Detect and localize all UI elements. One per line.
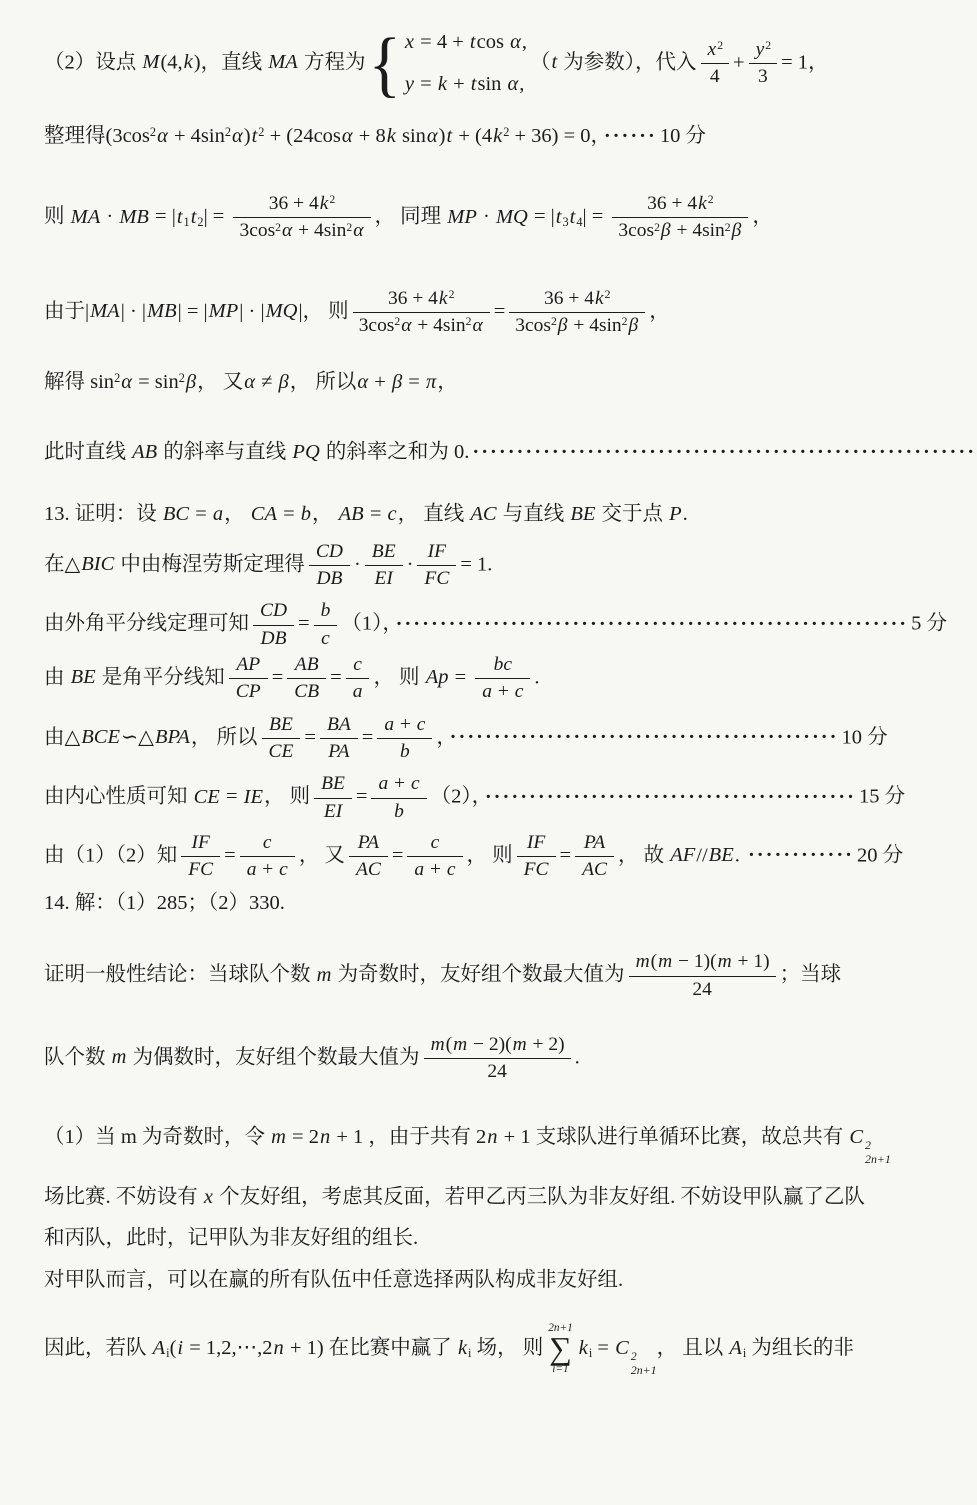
- subscript: 1: [184, 215, 190, 229]
- math-variable: α: [341, 125, 354, 147]
- sol13-menelaus: 在△BIC 中由梅涅劳斯定理得CDDB·BEEI·IFFC= 1.: [44, 540, 941, 592]
- text-run: +: [453, 125, 475, 147]
- text-run: 10 分: [660, 125, 706, 147]
- fraction-numerator: bc: [475, 653, 530, 679]
- math-variable: BE: [569, 503, 596, 525]
- text-run: =: [449, 666, 471, 688]
- text-run: =: [592, 1337, 614, 1359]
- cases-row: x = 4 + tcos α,: [404, 28, 527, 58]
- math-variable: A: [152, 1337, 167, 1359]
- dotted-score-leader: ········································…: [450, 726, 839, 748]
- text-run: (3cos: [106, 125, 150, 147]
- math-variable: m: [657, 951, 673, 972]
- fraction-denominator: b: [371, 799, 426, 824]
- text-run: =: [330, 666, 342, 688]
- text-run: =: [560, 844, 572, 866]
- text-run: | = |: [178, 300, 208, 322]
- math-variable: IE: [243, 786, 264, 808]
- math-variable: AC: [355, 859, 382, 880]
- math-variable: CE: [268, 741, 295, 762]
- text-run: 3: [758, 66, 768, 87]
- superscript: 2: [708, 193, 714, 206]
- math-variable: MA: [89, 300, 121, 322]
- fraction-numerator: b: [314, 599, 338, 625]
- text-run: ，: [224, 503, 250, 525]
- math-variable: c: [262, 832, 273, 853]
- subscript: i: [589, 1346, 592, 1360]
- fraction-numerator: a + c: [377, 713, 432, 739]
- superscript: 2: [225, 125, 231, 139]
- dotted-score-leader: ········································…: [485, 786, 856, 808]
- text-run: 36 + 4: [269, 193, 319, 214]
- math-variable: MP: [208, 300, 240, 322]
- superscript: 2: [258, 125, 264, 139]
- sol12-product-roots: 则 MA · MB = |t1t2| = 36 + 4k23cos2α + 4s…: [44, 192, 941, 244]
- math-variable: a: [352, 681, 364, 702]
- fraction-denominator: a + c: [407, 857, 462, 882]
- fraction-denominator: CE: [262, 739, 301, 764]
- math-variable: α: [352, 220, 364, 241]
- fraction-numerator: 36 + 4k2: [612, 192, 748, 218]
- fraction: a + cb: [371, 772, 426, 824]
- text-run: ， 则: [264, 786, 310, 808]
- math-variable: c: [320, 628, 331, 649]
- math-variable: AC: [581, 859, 608, 880]
- text-run: （: [530, 51, 551, 73]
- math-variable: α: [243, 371, 256, 393]
- sol14-friendly-groups: 场比赛. 不妨设有 x 个友好组，考虑其反面，若甲乙丙三队为非友好组. 不妨设甲…: [44, 1183, 941, 1213]
- sol13-setup: 13. 证明：设 BC = a， CA = b， AB = c， 直线 AC 与…: [44, 500, 941, 530]
- fraction-denominator: 3cos2β + 4sin2β: [509, 313, 645, 338]
- math-variable: AB: [338, 503, 365, 525]
- math-variable: α: [400, 315, 412, 336]
- fraction: BEEI: [365, 540, 403, 592]
- math-variable: a: [377, 773, 389, 794]
- superscript: 2: [551, 315, 557, 328]
- text-run: = 2: [287, 1126, 319, 1148]
- text-run: +: [369, 371, 391, 393]
- text-run: =: [190, 503, 212, 525]
- math-variable: C: [848, 1126, 864, 1148]
- fraction-denominator: AC: [349, 857, 388, 882]
- text-run: 场， 则: [471, 1337, 543, 1359]
- math-variable: CD: [259, 600, 288, 621]
- math-variable: m: [635, 951, 651, 972]
- text-run: ， 同理: [375, 206, 447, 228]
- math-variable: m: [717, 951, 733, 972]
- fraction: ca + c: [240, 831, 295, 883]
- dotted-score-leader: ······: [604, 125, 657, 147]
- math-variable: BC: [162, 503, 190, 525]
- text-run: +: [448, 73, 470, 95]
- math-variable: FC: [523, 859, 550, 880]
- sol14-group-leader: 和丙队，此时，记甲队为非友好组的组长.: [44, 1224, 941, 1254]
- superscript: 2: [275, 221, 281, 234]
- text-run: + 4sin: [412, 315, 465, 336]
- fraction-numerator: BA: [320, 713, 358, 739]
- sol13-external-bisector: 由外角平分线定理可知CDDB=bc（1），···················…: [44, 599, 941, 651]
- fraction-numerator: 36 + 4k2: [233, 192, 370, 218]
- math-variable: IF: [191, 832, 211, 853]
- fraction-numerator: 36 + 4k2: [353, 287, 490, 313]
- text-run: + 1): [733, 951, 770, 972]
- text-run: 则: [44, 206, 70, 228]
- math-variable: α: [231, 125, 244, 147]
- superscript: 2: [765, 39, 771, 52]
- fraction-numerator: AP: [229, 653, 268, 679]
- math-variable: AF: [669, 844, 696, 866]
- subscript: 2: [197, 215, 203, 229]
- text-run: 由外角平分线定理可知: [44, 613, 249, 635]
- math-variable: PA: [583, 832, 606, 853]
- text-run: =: [298, 613, 310, 635]
- text-run: | =: [582, 206, 608, 228]
- math-variable: i: [176, 1337, 184, 1359]
- cases-system: {x = 4 + tcos α,y = k + tsin α,: [368, 28, 527, 99]
- fraction-numerator: IF: [181, 831, 220, 857]
- fraction-denominator: 3: [749, 64, 778, 89]
- math-variable: BE: [70, 666, 97, 688]
- text-run: .: [534, 666, 539, 688]
- math-variable: m: [270, 1126, 287, 1148]
- text-run: ,: [519, 73, 524, 95]
- sol12-part2-param-setup: （2）设点 M(4,k)，直线 MA 方程为{x = 4 + tcos α,y …: [44, 28, 941, 99]
- math-variable: m: [512, 1034, 528, 1055]
- fraction-numerator: y2: [749, 38, 778, 64]
- fraction: ca: [346, 653, 370, 705]
- text-run: 由于|: [44, 300, 89, 322]
- fraction-denominator: 3cos2α + 4sin2α: [233, 218, 370, 243]
- text-run: 由内心性质可知: [44, 786, 193, 808]
- text-run: 是角平分线知: [97, 666, 225, 688]
- text-run: （1）当 m 为奇数时，令: [44, 1126, 270, 1148]
- fraction-denominator: b: [377, 739, 432, 764]
- dotted-score-leader: ········································…: [396, 613, 909, 635]
- text-run: =: [494, 300, 506, 322]
- text-run: 此时直线: [44, 441, 131, 463]
- text-run: ， 故: [618, 844, 669, 866]
- sol13-conclusion: 由（1）（2）知IFFC=ca + c， 又PAAC=ca + c， 则IFFC…: [44, 831, 941, 883]
- fraction-numerator: c: [407, 831, 462, 857]
- text-run: ；当球: [780, 964, 842, 986]
- fraction-denominator: 3cos2α + 4sin2α: [353, 313, 490, 338]
- math-variable: β: [278, 371, 290, 393]
- text-run: 为参数），代入: [558, 51, 696, 73]
- math-variable: A: [728, 1337, 743, 1359]
- math-variable: β: [628, 315, 640, 336]
- math-variable: α: [356, 371, 369, 393]
- math-variable: AP: [235, 654, 261, 675]
- superscript: 2: [717, 39, 723, 52]
- math-variable: BCE: [80, 726, 121, 748]
- text-run: 20 分: [857, 844, 903, 866]
- math-variable: DB: [315, 568, 343, 589]
- fraction-denominator: FC: [181, 857, 220, 882]
- math-variable: c: [416, 714, 427, 735]
- text-run: ，: [752, 206, 773, 228]
- text-run: =: [304, 726, 316, 748]
- fraction-numerator: c: [240, 831, 295, 857]
- text-run: ， 又: [299, 844, 345, 866]
- math-variable: n: [273, 1337, 285, 1359]
- superscript: 2: [150, 125, 156, 139]
- sol12-angle-relation: 解得 sin2α = sin2β， 又α ≠ β， 所以α + β = π，: [44, 368, 941, 398]
- math-variable: β: [660, 220, 672, 241]
- text-run: 13. 证明：设: [44, 503, 162, 525]
- fraction-denominator: 3cos2β + 4sin2β: [612, 218, 748, 243]
- text-run: （2），: [431, 786, 482, 808]
- fraction-denominator: DB: [253, 626, 294, 651]
- sol13-incenter-property: 由内心性质可知 CE = IE， 则BEEI=a + cb（2），·······…: [44, 772, 941, 824]
- math-variable: c: [514, 681, 525, 702]
- text-run: (24cos: [286, 125, 341, 147]
- math-variable: α: [426, 125, 439, 147]
- math-variable: c: [410, 773, 421, 794]
- fraction-denominator: EI: [365, 566, 403, 591]
- sol14-general-odd: 证明一般性结论：当球队个数 m 为奇数时，友好组个数最大值为m(m − 1)(m…: [44, 950, 941, 1002]
- math-variable: IF: [526, 832, 546, 853]
- math-variable: MQ: [495, 206, 529, 228]
- fraction-denominator: FC: [417, 566, 456, 591]
- fraction-denominator: DB: [309, 566, 350, 591]
- text-run: 为奇数时，友好组个数最大值为: [332, 964, 624, 986]
- text-run: =: [224, 844, 236, 866]
- fraction-numerator: m(m − 2)(m + 2): [424, 1033, 571, 1059]
- math-variable: β: [185, 371, 197, 393]
- text-run: + 2): [528, 1034, 565, 1055]
- text-run: (4: [475, 125, 492, 147]
- math-variable: c: [352, 654, 363, 675]
- math-variable: BE: [268, 714, 294, 735]
- subscript: 2n+1: [631, 1364, 657, 1378]
- math-variable: M: [141, 51, 160, 73]
- text-run: =: [392, 844, 404, 866]
- text-run: .: [735, 844, 745, 866]
- math-variable: k: [594, 288, 605, 309]
- text-run: +: [493, 681, 514, 702]
- text-run: ， 所以: [191, 726, 258, 748]
- text-run: =: [272, 666, 284, 688]
- superscript: 2: [329, 193, 335, 206]
- math-variable: m: [111, 1046, 128, 1068]
- text-run: 24: [487, 1061, 506, 1082]
- sol13-similar-triangles: 由△BCE∽△BPA， 所以BECE=BAPA=a + cb，·········…: [44, 713, 941, 765]
- text-run: − 2)(: [468, 1034, 511, 1055]
- math-variable: b: [393, 801, 405, 822]
- text-run: |， 则: [298, 300, 348, 322]
- text-run: ，: [437, 371, 458, 393]
- math-variable: α: [507, 73, 520, 95]
- text-run: ， 所以: [290, 371, 357, 393]
- superscript: 2: [631, 1350, 657, 1364]
- fraction-denominator: c: [314, 626, 338, 651]
- fraction-denominator: a: [346, 679, 370, 704]
- math-variable: k: [457, 1337, 468, 1359]
- math-variable: y: [404, 73, 415, 95]
- math-variable: α: [471, 315, 483, 336]
- text-run: 对甲队而言，可以在赢的所有队伍中任意选择两队构成非友好组.: [44, 1269, 623, 1291]
- fraction: y23: [749, 38, 778, 90]
- text-run: 在△: [44, 553, 80, 575]
- text-run: + 4sin: [672, 220, 725, 241]
- fraction-numerator: CD: [253, 599, 294, 625]
- text-run: + 1) 在比赛中赢了: [285, 1337, 457, 1359]
- text-run: ,: [522, 31, 527, 53]
- text-run: = sin: [133, 371, 179, 393]
- text-run: | =: [204, 206, 230, 228]
- math-variable: CD: [315, 541, 344, 562]
- math-variable: b: [300, 503, 312, 525]
- fraction-denominator: AC: [575, 857, 614, 882]
- math-variable: α: [509, 31, 522, 53]
- text-run: =: [403, 371, 425, 393]
- math-variable: m: [452, 1034, 468, 1055]
- subscript: i: [743, 1346, 746, 1360]
- fraction-denominator: 4: [701, 64, 730, 89]
- math-variable: c: [430, 832, 441, 853]
- text-run: =: [356, 786, 368, 808]
- fraction-numerator: BE: [262, 713, 301, 739]
- text-run: //: [696, 844, 707, 866]
- superscript: 2: [503, 125, 509, 139]
- sol14-answers: 14. 解：（1）285；（2）330.: [44, 889, 941, 919]
- subscript: 4: [576, 215, 582, 229]
- subscript: i: [468, 1346, 471, 1360]
- text-run: 个友好组，考虑其反面，若甲乙丙三队为非友好组. 不妨设甲队赢了乙队: [214, 1186, 865, 1208]
- math-variable: m: [430, 1034, 446, 1055]
- fraction: a + cb: [377, 713, 432, 765]
- text-run: = 1，: [781, 51, 828, 73]
- math-variable: α: [120, 371, 133, 393]
- text-run: 3cos: [359, 315, 395, 336]
- math-variable: PQ: [291, 441, 320, 463]
- math-variable: α: [156, 125, 169, 147]
- text-run: ， 则: [373, 666, 424, 688]
- superscript: 2: [605, 288, 611, 301]
- sigma-symbol: ∑: [549, 1334, 572, 1364]
- text-run: ， 则: [467, 844, 513, 866]
- sol14-general-even: 队个数 m 为偶数时，友好组个数最大值为m(m − 2)(m + 2)24.: [44, 1033, 941, 1085]
- text-run: + 36: [509, 125, 551, 147]
- fraction: m(m − 1)(m + 1)24: [629, 950, 776, 1002]
- math-variable: BPA: [154, 726, 191, 748]
- text-run: − 1)(: [673, 951, 716, 972]
- fraction: PAAC: [575, 831, 614, 883]
- math-variable: k: [697, 193, 708, 214]
- text-run: 36 + 4: [647, 193, 697, 214]
- fraction-numerator: BE: [365, 540, 403, 566]
- math-variable: P: [668, 503, 683, 525]
- fraction-denominator: a + c: [475, 679, 530, 704]
- math-variable: IF: [427, 541, 447, 562]
- math-variable: β: [391, 371, 403, 393]
- text-run: ，: [649, 300, 670, 322]
- text-run: + 1 ，由于共有 2: [331, 1126, 486, 1148]
- text-run: = |: [529, 206, 555, 228]
- fraction: bca + c: [475, 653, 530, 705]
- fraction-numerator: c: [346, 653, 370, 679]
- math-variable: n: [319, 1126, 331, 1148]
- math-variable: t: [469, 31, 477, 53]
- text-run: (4,: [160, 51, 182, 73]
- math-variable: MP: [446, 206, 478, 228]
- math-variable: EI: [374, 568, 394, 589]
- text-run: +: [733, 51, 745, 73]
- math-variable: t: [550, 51, 558, 73]
- text-run: )，直线: [194, 51, 267, 73]
- math-variable: AB: [294, 654, 320, 675]
- text-run: 14. 解：（1）285；（2）330.: [44, 892, 285, 914]
- text-run: ， 又: [197, 371, 243, 393]
- text-run: ∽△: [121, 726, 154, 748]
- text-run: （2）设点: [44, 51, 141, 73]
- text-run: ·: [478, 206, 495, 228]
- superscript: 2: [622, 315, 628, 328]
- superscript: 2: [654, 221, 660, 234]
- text-run: ，: [436, 726, 446, 748]
- text-run: 由: [44, 666, 70, 688]
- fraction-denominator: PA: [320, 739, 358, 764]
- math-variable: a: [481, 681, 493, 702]
- fraction-denominator: FC: [517, 857, 556, 882]
- math-variable: AC: [469, 503, 497, 525]
- math-variable: FC: [423, 568, 450, 589]
- fraction-numerator: BE: [314, 772, 352, 798]
- text-run: + 4sin: [169, 125, 225, 147]
- math-variable: C: [614, 1337, 630, 1359]
- text-run: 整理得: [44, 125, 106, 147]
- text-run: | · |: [121, 300, 146, 322]
- math-variable: MB: [146, 300, 178, 322]
- fraction: IFFC: [517, 831, 556, 883]
- text-run: 15 分: [859, 786, 905, 808]
- text-run: =: [362, 726, 374, 748]
- math-variable: b: [399, 741, 411, 762]
- math-variable: k: [386, 125, 397, 147]
- math-variable: x: [707, 39, 718, 60]
- text-run: ·: [354, 553, 361, 575]
- math-variable: β: [557, 315, 569, 336]
- fraction-numerator: IF: [517, 831, 556, 857]
- fraction: PAAC: [349, 831, 388, 883]
- fraction-numerator: PA: [575, 831, 614, 857]
- subscript: 3: [562, 215, 568, 229]
- brace-icon: {: [368, 33, 400, 95]
- text-run: = 1,2,⋯,2: [184, 1337, 272, 1359]
- math-variable: a: [413, 859, 425, 880]
- fraction-denominator: a + c: [240, 857, 295, 882]
- math-variable: BE: [320, 773, 346, 794]
- math-variable: k: [492, 125, 503, 147]
- text-run: 与直线: [498, 503, 570, 525]
- fraction-numerator: IF: [417, 540, 456, 566]
- subscript: 2n+1: [865, 1153, 891, 1167]
- fraction-numerator: x2: [701, 38, 730, 64]
- text-run: +: [395, 714, 416, 735]
- fraction: CDDB: [253, 599, 294, 651]
- subscript: i: [166, 1346, 169, 1360]
- math-variable: DB: [260, 628, 288, 649]
- text-run: =: [415, 73, 437, 95]
- fraction: BECE: [262, 713, 301, 765]
- math-variable: k: [437, 73, 448, 95]
- summation-lower-limit: i=1: [552, 1364, 568, 1375]
- math-variable: CP: [235, 681, 262, 702]
- text-run: ， 且以: [657, 1337, 729, 1359]
- sol14-odd-case-setup: （1）当 m 为奇数时，令 m = 2n + 1 ，由于共有 2n + 1 支球…: [44, 1123, 941, 1167]
- text-run: 因此，若队: [44, 1337, 152, 1359]
- fraction: BAPA: [320, 713, 358, 765]
